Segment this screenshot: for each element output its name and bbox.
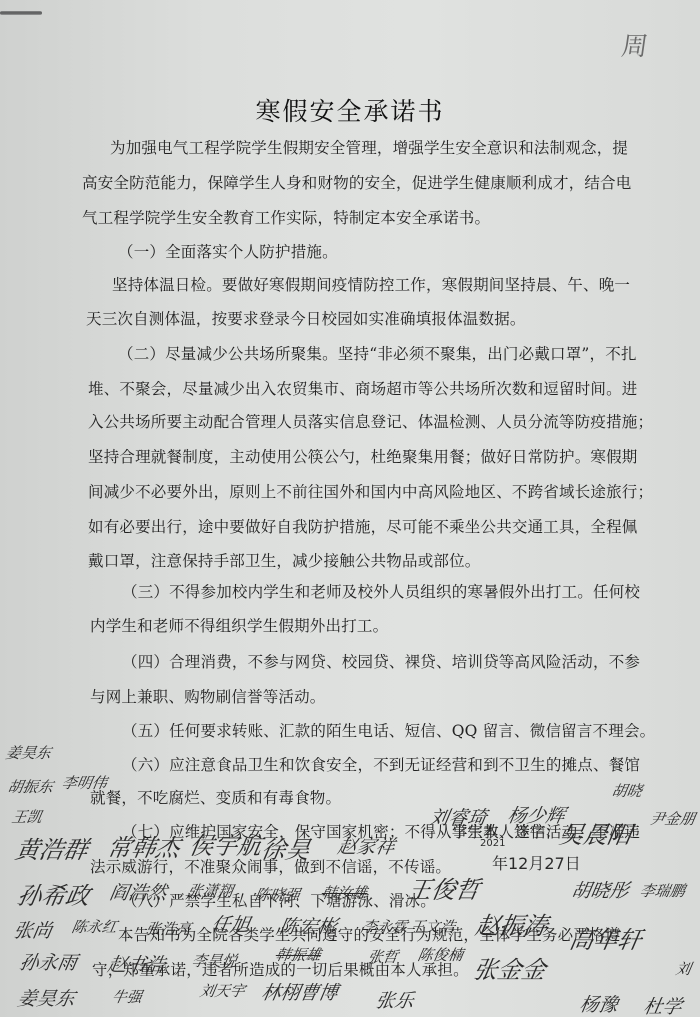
signature: 韩振雄 (274, 944, 323, 965)
signature: 高年轩 (567, 920, 645, 955)
signature: 赵书浩 (106, 950, 168, 977)
signature: 李瑞鹏 (638, 880, 687, 901)
section-heading: （二）尽量减少公共场所聚集。坚持“非必须不聚集，出门必戴口罩”，不扎 (118, 342, 637, 364)
signature: 张乐 (374, 986, 417, 1013)
signature: 王俊哲 (405, 870, 483, 905)
paragraph-line: 堆、不聚会，尽量减少出入农贸集市、商场超市等公共场所次数和逗留时间。进 (88, 377, 638, 399)
signature: 刘睿琦 (428, 803, 490, 830)
paragraph-line: 间减少不必要外出，原则上不前往国外和国内中高风险地区、不跨省域长途旅行； (88, 480, 653, 502)
signature: 张尚 (12, 916, 55, 943)
paragraph-line: 坚持体温日检。要做好寒假期间疫情防控工作，寒假期间坚持晨、午、晚一 (112, 273, 630, 295)
signature: 王凯 (10, 806, 44, 827)
signature: 刘 (674, 958, 693, 979)
signature: 陈晓强 (253, 884, 302, 905)
signature: 李明伟 (60, 772, 109, 793)
paragraph-line: 天三次自测体温，按要求登录今日校园如实准确填报体温数据。 (86, 307, 526, 329)
signature: 侯宇航 (187, 826, 265, 861)
signature: 张潇翔 (186, 880, 235, 901)
signature: 胡晓 (610, 780, 644, 801)
paragraph-line: 就餐，不吃腐烂、变质和有毒食物。 (90, 786, 341, 808)
signature: 陈永红 (70, 916, 119, 937)
signature: 张哲 (366, 946, 400, 967)
signature: 杨豫 (578, 990, 621, 1017)
section-heading: （一）全面落实个人防护措施。 (118, 240, 338, 262)
signature: 徐昊 (259, 830, 313, 865)
paragraph-line: 入公共场所要主动配合管理人员落实信息登记、体温检测、人员分流等防疫措施； (88, 410, 653, 432)
paragraph-line: 气工程学院学生安全教育工作实际，特制定本安全承诺书。 (82, 206, 490, 228)
signature: 胡晓彤 (570, 876, 632, 903)
signature: 赵家祥 (336, 832, 398, 859)
staple (0, 11, 42, 15)
paragraph-line: 内学生和老师不得组织学生假期外出打工。 (90, 614, 388, 636)
signature: 韩汝雄 (320, 882, 369, 903)
signature: 刘天宇 (198, 980, 247, 1001)
signature: 杨少辉 (506, 801, 568, 828)
paragraph-line: 与网上兼职、购物刷信誉等活动。 (90, 685, 326, 707)
signing-date: 年12月27日 (492, 851, 581, 874)
paragraph-line: 高安全防范能力，保障学生人身和财物的安全，促进学生健康顺利成才，结合电 (82, 171, 632, 193)
paragraph-line: 戴口罩，注意保持手部卫生，减少接触公共物品或部位。 (88, 549, 481, 571)
signature: 姜昊东 (4, 742, 53, 763)
signature: 李永霖 (360, 916, 409, 937)
signature: 王文浩 (408, 916, 457, 937)
signature: 张浩亮 (144, 918, 193, 939)
signature: 任旭 (210, 910, 253, 937)
signature: 黄浩群 (13, 830, 91, 865)
signature: 胡振东 (6, 776, 55, 797)
signature: 李昊悦 (190, 950, 239, 971)
document-title: 寒假安全承诺书 (0, 92, 700, 128)
signature: 赵振涛 (473, 906, 551, 941)
date-year: 2021 (480, 838, 505, 849)
signature: 孙希政 (15, 876, 93, 911)
signature: 陈宏彬 (278, 912, 340, 939)
handwritten-corner-mark: 周 (619, 26, 650, 63)
signature: 阎浩然 (108, 878, 170, 905)
signature: 林栩曹博 (260, 978, 341, 1005)
signature: 陈俊楠 (416, 944, 465, 965)
section-heading: （六）应注意食品卫生和饮食安全，不到无证经营和到不卫生的摊点、餐馆 (122, 753, 640, 775)
section-heading: （三）不得参加校内学生和老师及校外人员组织的寒暑假外出打工。任何校 (122, 580, 640, 602)
section-heading: （四）合理消费，不参与网贷、校园贷、裸贷、培训贷等高风险活动，不参 (122, 650, 640, 672)
paragraph-line: 为加强电气工程学院学生假期安全管理，增强学生安全意识和法制观念，提 (110, 136, 628, 158)
signature: 杜学 (642, 992, 685, 1017)
signature: 常韩杰 (105, 828, 183, 863)
signature: 张金金 (471, 950, 549, 985)
section-heading: （五）任何要求转账、汇款的陌生电话、短信、QQ 留言、微信留言不理会。 (122, 719, 655, 741)
signature: 牛强 (110, 986, 144, 1007)
signature: 吴晨阳 (557, 815, 635, 850)
paragraph-line: 如有必要出行，途中要做好自我防护措施，尽可能不乘坐公共交通工具，全程佩 (88, 515, 638, 537)
signature: 姜昊东 (16, 984, 78, 1011)
paragraph-line: 坚持合理就餐制度，主动使用公筷公勺，杜绝聚集用餐；做好日常防护。寒假期 (88, 445, 638, 467)
signature: 孙永雨 (18, 948, 80, 975)
signature: 尹金朋 (648, 808, 697, 829)
